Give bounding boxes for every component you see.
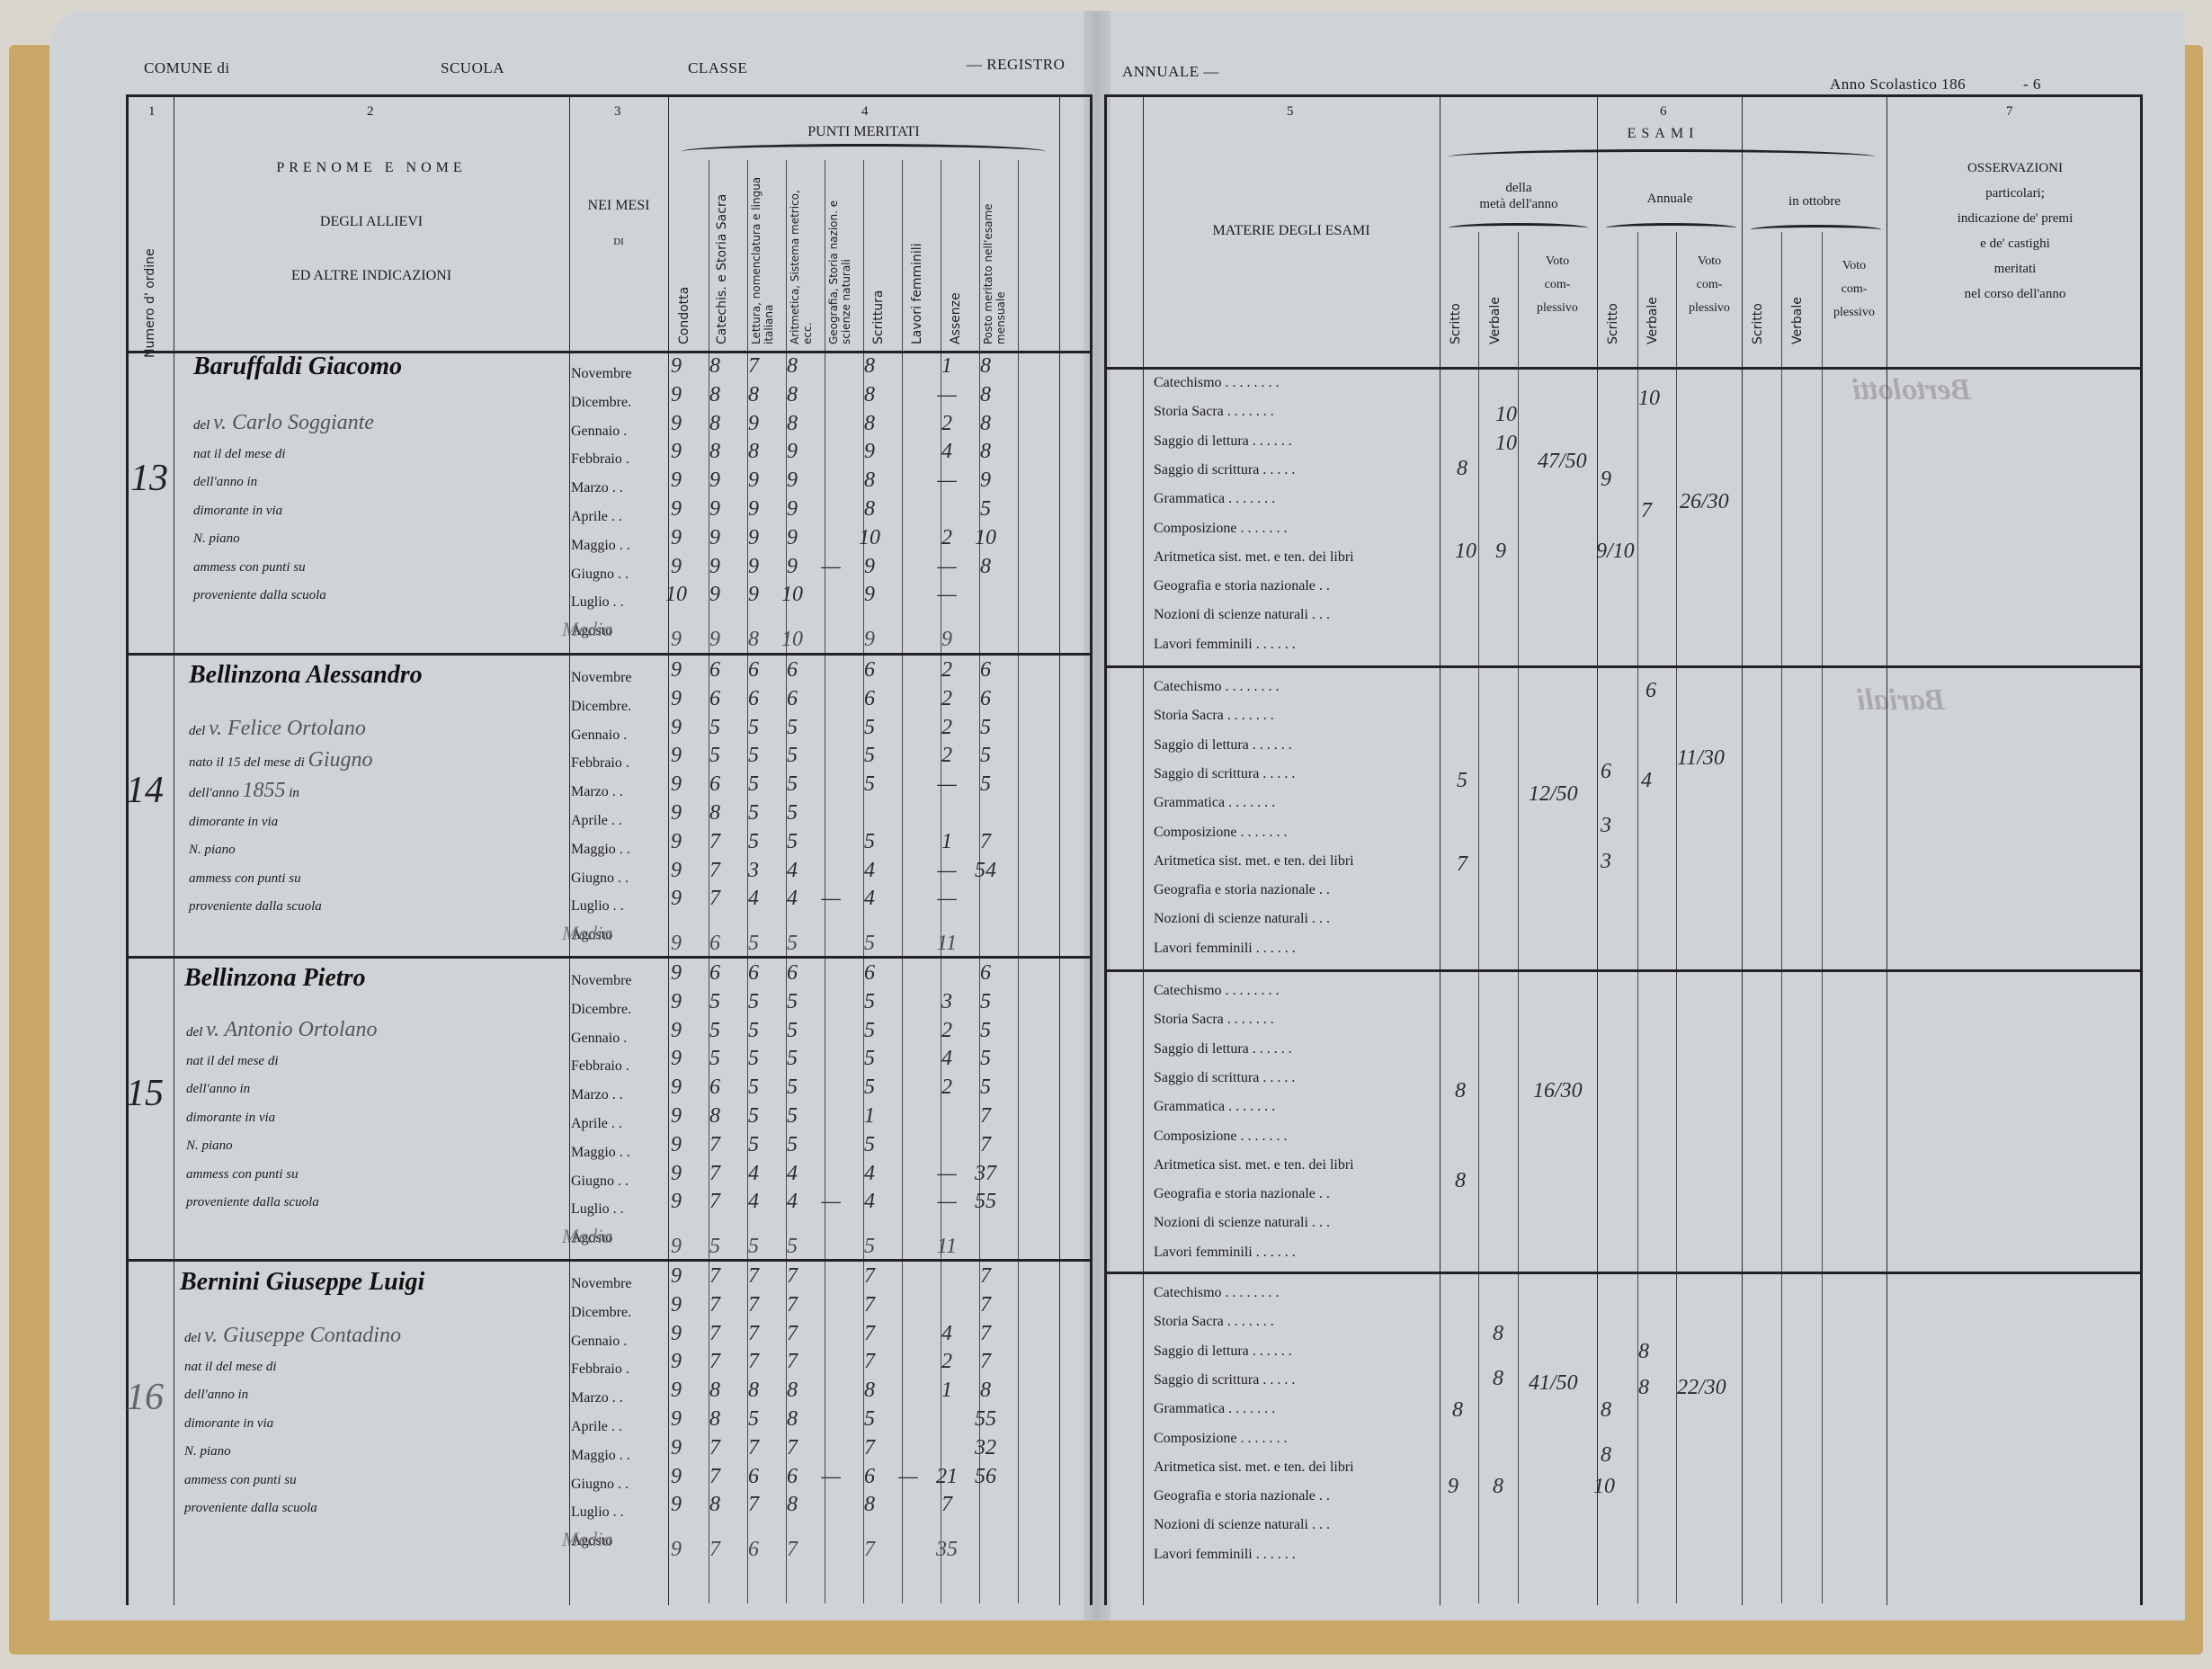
month-label: Giugno . . bbox=[571, 1470, 629, 1499]
media-cell: 8 bbox=[737, 628, 770, 652]
grade-cell: 6 bbox=[776, 658, 808, 683]
exam-subject: Aritmetica sist. met. e ten. dei libri bbox=[1154, 847, 1354, 876]
oss-l2: particolari; bbox=[1985, 186, 2045, 201]
exam-value: 7 bbox=[1457, 852, 1467, 877]
grade-cell: 7 bbox=[737, 354, 770, 379]
grade-cell: 7 bbox=[699, 1190, 731, 1214]
anno-scolastico-label: Anno Scolastico 186 bbox=[1830, 76, 1966, 94]
student-number: 16 bbox=[126, 1376, 164, 1419]
grade-cell: 7 bbox=[931, 1493, 963, 1517]
grade-cell: — bbox=[815, 555, 847, 579]
exam-subject: Catechismo . . . . . . . . bbox=[1154, 369, 1280, 397]
exam-subject: Lavori femminili . . . . . . bbox=[1154, 630, 1296, 659]
grade-cell: 4 bbox=[931, 1047, 963, 1071]
grade-cell: 9 bbox=[737, 526, 770, 550]
osservazioni-header: OSSERVAZIONI particolari; indicazione de… bbox=[1889, 156, 2141, 307]
grade-cell: 7 bbox=[737, 1322, 770, 1346]
exam-value: 8 bbox=[1493, 1367, 1503, 1391]
meta-anno-label1: della bbox=[1505, 181, 1531, 195]
grade-cell: 54 bbox=[969, 859, 1002, 883]
voto-l3: plessivo bbox=[1537, 301, 1578, 315]
exam-value: 8 bbox=[1455, 1169, 1466, 1193]
father-name: v. Carlo Soggiante bbox=[213, 411, 374, 434]
grade-cell: 4 bbox=[776, 859, 808, 883]
bleed-through-mark: Bertolotti bbox=[1852, 373, 1971, 407]
exam-value: 8 bbox=[1452, 1398, 1463, 1423]
grade-cell: 55 bbox=[969, 1190, 1002, 1214]
grade-cell: 9 bbox=[660, 1264, 692, 1289]
exam-subject: Composizione . . . . . . . bbox=[1154, 514, 1287, 543]
ottobre-brace bbox=[1751, 225, 1881, 235]
media-cell: 5 bbox=[699, 1235, 731, 1259]
grade-cell: 9 bbox=[853, 583, 886, 607]
annuale-verbale-header: Verbale bbox=[1646, 277, 1660, 344]
origin-school-label: proveniente dalla scuola bbox=[184, 1495, 544, 1523]
grade-cell: 9 bbox=[660, 1379, 692, 1403]
exam-subject: Lavori femminili . . . . . . bbox=[1154, 934, 1296, 963]
meta-verbale-header: Verbale bbox=[1488, 277, 1503, 344]
grade-cell: 4 bbox=[737, 887, 770, 911]
month-label: Gennaio . bbox=[571, 721, 627, 750]
birth-label: nat il del mese di bbox=[193, 441, 553, 469]
exam-value: 7 bbox=[1641, 499, 1652, 523]
grade-cell: 6 bbox=[699, 687, 731, 711]
media-cell: 5 bbox=[853, 932, 886, 956]
grade-cell: 9 bbox=[660, 658, 692, 683]
student-number: 13 bbox=[130, 457, 168, 500]
exam-voto: 11/30 bbox=[1677, 746, 1725, 771]
exam-value: 8 bbox=[1638, 1376, 1649, 1400]
grade-cell: 2 bbox=[931, 716, 963, 740]
grade-cell: 8 bbox=[969, 555, 1002, 579]
grade-cell: 8 bbox=[699, 801, 731, 826]
month-label: Febbraio . bbox=[571, 1052, 629, 1081]
grade-cell: 7 bbox=[969, 1293, 1002, 1317]
grade-cell: — bbox=[931, 1190, 963, 1214]
grade-cell: 5 bbox=[969, 772, 1002, 797]
address-label: dimorante in via bbox=[189, 808, 549, 837]
media-cell: 5 bbox=[776, 1235, 808, 1259]
grade-cell: 1 bbox=[931, 830, 963, 854]
exam-subject: Saggio di lettura . . . . . . bbox=[1154, 427, 1292, 456]
exam-subject: Geografia e storia nazionale . . bbox=[1154, 572, 1330, 601]
exam-subject: Grammatica . . . . . . . bbox=[1154, 1395, 1275, 1424]
month-label: Dicembre. bbox=[571, 1299, 631, 1327]
grade-cell: 5 bbox=[776, 1047, 808, 1071]
grade-cell: 9 bbox=[660, 440, 692, 464]
grade-cell: 7 bbox=[699, 859, 731, 883]
grade-cell: 9 bbox=[853, 440, 886, 464]
grade-cell: 5 bbox=[969, 716, 1002, 740]
grade-cell: 9 bbox=[699, 497, 731, 522]
di-header: DI bbox=[574, 237, 664, 247]
exam-value: 8 bbox=[1601, 1443, 1611, 1468]
month-label: Marzo . . bbox=[571, 474, 623, 503]
media-label: Media bbox=[562, 1222, 612, 1251]
grade-cell: 7 bbox=[969, 1264, 1002, 1289]
classe-label: CLASSE bbox=[688, 59, 747, 77]
grade-cell: 6 bbox=[776, 687, 808, 711]
grade-cell: 5 bbox=[776, 772, 808, 797]
grade-cell: 7 bbox=[969, 1133, 1002, 1157]
year-label: dell'anno in bbox=[184, 1381, 544, 1410]
grade-cell: 9 bbox=[660, 1104, 692, 1129]
grade-cell: 8 bbox=[699, 1493, 731, 1517]
prenome-header: PRENOME E NOME bbox=[183, 160, 560, 176]
media-cell: 9 bbox=[853, 628, 886, 652]
grade-cell: 6 bbox=[969, 687, 1002, 711]
month-label: Febbraio . bbox=[571, 749, 629, 778]
origin-school-label: proveniente dalla scuola bbox=[193, 582, 553, 611]
grade-cell: 9 bbox=[776, 440, 808, 464]
col-num-4: 4 bbox=[861, 104, 869, 120]
grade-cell: 9 bbox=[699, 469, 731, 493]
grade-cell: 3 bbox=[737, 859, 770, 883]
ottobre-verbale-header: Verbale bbox=[1790, 277, 1805, 344]
del-label: del bbox=[186, 1025, 202, 1040]
col-num-6: 6 bbox=[1660, 104, 1667, 120]
grade-cell: 9 bbox=[660, 1465, 692, 1489]
exam-subject: Geografia e storia nazionale . . bbox=[1154, 876, 1330, 905]
student-info: del v. Giuseppe Contadino nat il del mes… bbox=[184, 1322, 544, 1523]
month-label: Novembre bbox=[571, 1270, 632, 1299]
grade-cell: 8 bbox=[853, 469, 886, 493]
registro-label: — REGISTRO bbox=[967, 56, 1065, 74]
grade-cell: 4 bbox=[853, 887, 886, 911]
admitted-label: ammess con punti su bbox=[184, 1467, 544, 1495]
exam-subject: Saggio di scrittura . . . . . bbox=[1154, 456, 1295, 485]
birth-month: Giugno bbox=[308, 748, 373, 772]
origin-school-label: proveniente dalla scuola bbox=[186, 1189, 546, 1218]
grade-cell: 8 bbox=[853, 412, 886, 436]
exam-subject: Aritmetica sist. met. e ten. dei libri bbox=[1154, 1151, 1354, 1180]
number-floor-label: N. piano bbox=[184, 1438, 544, 1467]
month-label: Luglio . . bbox=[571, 1498, 624, 1527]
grade-cell: 1 bbox=[853, 1104, 886, 1129]
media-cell: 9 bbox=[699, 628, 731, 652]
grade-cell: 4 bbox=[931, 440, 963, 464]
grade-cell: — bbox=[815, 1190, 847, 1214]
numero-ordine-header: Numero d' ordine bbox=[143, 205, 157, 358]
grade-cell: 7 bbox=[737, 1264, 770, 1289]
month-label: Dicembre. bbox=[571, 692, 631, 721]
exam-subject: Composizione . . . . . . . bbox=[1154, 1424, 1287, 1453]
col-num-5: 5 bbox=[1287, 104, 1294, 120]
exam-voto: 12/50 bbox=[1529, 782, 1578, 807]
grade-cell: 7 bbox=[699, 1322, 731, 1346]
grade-cell: 9 bbox=[660, 469, 692, 493]
media-cell: 9 bbox=[660, 628, 692, 652]
comune-label: COMUNE di bbox=[144, 59, 230, 77]
catechismo-header: Catechis. e Storia Sacra bbox=[715, 169, 729, 344]
grade-cell: 8 bbox=[699, 1379, 731, 1403]
exam-subject: Lavori femminili . . . . . . bbox=[1154, 1238, 1296, 1267]
grade-cell: 7 bbox=[969, 1104, 1002, 1129]
grade-cell: — bbox=[815, 887, 847, 911]
exam-subject: Saggio di scrittura . . . . . bbox=[1154, 1366, 1295, 1395]
address-label: dimorante in via bbox=[186, 1104, 546, 1133]
grade-cell: 9 bbox=[660, 1436, 692, 1460]
grade-cell: 2 bbox=[931, 1019, 963, 1043]
grade-cell: 9 bbox=[660, 1075, 692, 1100]
month-label: Aprile . . bbox=[571, 807, 622, 835]
grade-cell: 7 bbox=[969, 1322, 1002, 1346]
aritmetica-header: Aritmetica, Sistema metrico, ecc. bbox=[789, 169, 820, 344]
exam-subject: Saggio di scrittura . . . . . bbox=[1154, 760, 1295, 789]
grade-cell: 8 bbox=[776, 412, 808, 436]
oss-l1: OSSERVAZIONI bbox=[1967, 161, 2063, 175]
grade-cell: 2 bbox=[931, 687, 963, 711]
grade-cell: 5 bbox=[699, 1047, 731, 1071]
grade-cell: 7 bbox=[737, 1293, 770, 1317]
media-label: Media bbox=[562, 919, 612, 948]
exam-voto: 16/30 bbox=[1533, 1079, 1583, 1103]
month-label: Marzo . . bbox=[571, 1081, 623, 1110]
exam-value: 3 bbox=[1601, 814, 1611, 838]
address-label: dimorante in via bbox=[184, 1410, 544, 1439]
grade-cell: 6 bbox=[853, 658, 886, 683]
grade-cell: 5 bbox=[853, 772, 886, 797]
media-cell: 9 bbox=[660, 1538, 692, 1562]
exam-subject: Nozioni di scienze naturali . . . bbox=[1154, 905, 1330, 933]
voto-l2: com- bbox=[1545, 278, 1571, 291]
grade-cell: 8 bbox=[969, 354, 1002, 379]
student-info: del v. Antonio Ortolano nat il del mese … bbox=[186, 1016, 546, 1218]
exam-value: 10 bbox=[1593, 1475, 1615, 1499]
posto-meritato-header: Posto meritato nell'esame mensuale bbox=[983, 169, 1015, 344]
grade-cell: 7 bbox=[969, 830, 1002, 854]
grade-cell: 4 bbox=[776, 887, 808, 911]
grade-cell: 9 bbox=[660, 526, 692, 550]
exam-voto: 41/50 bbox=[1529, 1371, 1578, 1396]
lettura-header: Lettura, nomenclatura e lingua italiana bbox=[751, 169, 781, 344]
exam-subject: Nozioni di scienze naturali . . . bbox=[1154, 1511, 1330, 1540]
media-cell: 9 bbox=[931, 628, 963, 652]
month-label: Luglio . . bbox=[571, 588, 624, 617]
annuale-label: ANNUALE — bbox=[1122, 63, 1219, 81]
month-label: Marzo . . bbox=[571, 778, 623, 807]
header-brace bbox=[682, 144, 1046, 159]
grade-cell: 7 bbox=[737, 1350, 770, 1374]
media-cell: 5 bbox=[737, 932, 770, 956]
media-cell: 6 bbox=[737, 1538, 770, 1562]
grade-cell: — bbox=[931, 1162, 963, 1186]
annuale-scritto-header: Scritto bbox=[1606, 281, 1620, 344]
col-num-3: 3 bbox=[614, 104, 621, 120]
exam-subject: Composizione . . . . . . . bbox=[1154, 1122, 1287, 1151]
grade-cell: 9 bbox=[660, 772, 692, 797]
grade-cell: 9 bbox=[660, 859, 692, 883]
month-label: Dicembre. bbox=[571, 995, 631, 1024]
voto-l1: Voto bbox=[1546, 254, 1569, 268]
grade-cell: 6 bbox=[737, 658, 770, 683]
month-label: Dicembre. bbox=[571, 388, 631, 417]
grade-cell: 7 bbox=[699, 1293, 731, 1317]
month-label: Aprile . . bbox=[571, 1413, 622, 1441]
grade-cell: 7 bbox=[699, 887, 731, 911]
media-cell: 7 bbox=[776, 1538, 808, 1562]
grade-cell: 9 bbox=[660, 744, 692, 768]
year-label: dell'anno in bbox=[186, 1075, 546, 1104]
grade-cell: 3 bbox=[931, 990, 963, 1014]
exam-subject: Geografia e storia nazionale . . bbox=[1154, 1482, 1330, 1511]
voto-l1: Voto bbox=[1842, 259, 1866, 272]
admitted-label: ammess con punti su bbox=[189, 865, 549, 894]
father-name: v. Giuseppe Contadino bbox=[204, 1324, 401, 1347]
ottobre-header: in ottobre bbox=[1744, 194, 1886, 210]
grade-cell: 8 bbox=[853, 497, 886, 522]
exam-value: 9 bbox=[1495, 540, 1506, 564]
grade-cell: 6 bbox=[699, 1075, 731, 1100]
grade-cell: 37 bbox=[969, 1162, 1002, 1186]
grade-cell: 8 bbox=[737, 440, 770, 464]
media-cell: 6 bbox=[699, 932, 731, 956]
grade-cell: 5 bbox=[853, 1133, 886, 1157]
month-label: Maggio . . bbox=[571, 835, 630, 864]
media-label: Media bbox=[562, 615, 612, 644]
month-label: Gennaio . bbox=[571, 1327, 627, 1356]
grade-cell: 9 bbox=[660, 1407, 692, 1432]
grade-cell: 9 bbox=[737, 497, 770, 522]
exam-value: 3 bbox=[1601, 850, 1611, 874]
grade-cell: 9 bbox=[660, 830, 692, 854]
grade-cell: 8 bbox=[776, 1407, 808, 1432]
grade-cell: — bbox=[931, 859, 963, 883]
birth-label: nat il del mese di bbox=[186, 1048, 546, 1076]
grade-cell: 9 bbox=[660, 1047, 692, 1071]
exam-value: 10 bbox=[1638, 387, 1660, 411]
exam-value: 6 bbox=[1601, 760, 1611, 784]
grade-cell: 9 bbox=[969, 469, 1002, 493]
grade-cell: 6 bbox=[853, 687, 886, 711]
grade-cell: 5 bbox=[776, 830, 808, 854]
scrittura-header: Scrittura bbox=[871, 232, 886, 344]
grade-cell: 7 bbox=[699, 1162, 731, 1186]
grade-cell: 9 bbox=[737, 469, 770, 493]
punti-meritati-header: PUNTI MERITATI bbox=[668, 124, 1059, 140]
grade-cell: 5 bbox=[853, 716, 886, 740]
grade-cell: 5 bbox=[737, 830, 770, 854]
student-name: Baruffaldi Giacomo bbox=[193, 353, 402, 381]
grade-cell: 9 bbox=[737, 583, 770, 607]
grade-cell: 9 bbox=[660, 1133, 692, 1157]
grade-cell: 8 bbox=[699, 440, 731, 464]
grade-cell: 4 bbox=[737, 1190, 770, 1214]
meta-anno-header: dellametà dell'anno bbox=[1441, 180, 1596, 212]
grade-cell: 5 bbox=[737, 1047, 770, 1071]
grade-cell: 5 bbox=[776, 1104, 808, 1129]
grade-cell: 8 bbox=[699, 354, 731, 379]
exam-subject: Composizione . . . . . . . bbox=[1154, 818, 1287, 847]
grade-cell: 5 bbox=[737, 1104, 770, 1129]
grade-cell: 8 bbox=[853, 1379, 886, 1403]
grade-cell: 1 bbox=[931, 354, 963, 379]
media-cell: 10 bbox=[776, 628, 808, 652]
grade-cell: 8 bbox=[699, 1104, 731, 1129]
grade-cell: 4 bbox=[737, 1162, 770, 1186]
grade-cell: 8 bbox=[699, 1407, 731, 1432]
grade-cell: 6 bbox=[853, 961, 886, 986]
grade-cell: 21 bbox=[931, 1465, 963, 1489]
grade-cell: 7 bbox=[737, 1493, 770, 1517]
exam-subject: Geografia e storia nazionale . . bbox=[1154, 1180, 1330, 1209]
annuale-voto-header: Votocom-plessivo bbox=[1677, 250, 1742, 320]
grade-cell: 5 bbox=[776, 1133, 808, 1157]
grade-cell: 8 bbox=[776, 354, 808, 379]
month-label: Giugno . . bbox=[571, 1167, 629, 1196]
exam-value: 9 bbox=[1601, 468, 1611, 492]
grade-cell: 5 bbox=[776, 1019, 808, 1043]
admitted-label: ammess con punti su bbox=[186, 1161, 546, 1190]
bleed-through-mark: Bariali bbox=[1857, 683, 1945, 718]
grade-cell: 5 bbox=[853, 990, 886, 1014]
month-label: Aprile . . bbox=[571, 503, 622, 531]
lavori-femminili-header: Lavori femminili bbox=[910, 205, 924, 344]
grade-cell: 9 bbox=[737, 412, 770, 436]
grade-cell: 5 bbox=[737, 1019, 770, 1043]
student-name: Bellinzona Alessandro bbox=[189, 661, 423, 690]
month-label: Aprile . . bbox=[571, 1110, 622, 1138]
grade-cell: 9 bbox=[660, 412, 692, 436]
month-label: Novembre bbox=[571, 664, 632, 692]
grade-cell: 9 bbox=[660, 1019, 692, 1043]
exam-voto: 26/30 bbox=[1680, 490, 1729, 514]
media-cell: 11 bbox=[931, 932, 963, 956]
del-label: del bbox=[184, 1331, 201, 1345]
month-label: Novembre bbox=[571, 967, 632, 995]
grade-cell: 7 bbox=[699, 1133, 731, 1157]
grade-cell: — bbox=[892, 1465, 924, 1489]
exam-subject: Saggio di scrittura . . . . . bbox=[1154, 1064, 1295, 1093]
grade-cell: 9 bbox=[660, 1162, 692, 1186]
grade-cell: 7 bbox=[776, 1264, 808, 1289]
exam-value: 8 bbox=[1457, 457, 1467, 481]
grade-cell: 8 bbox=[969, 383, 1002, 407]
grade-cell: 4 bbox=[853, 1190, 886, 1214]
grade-cell: 2 bbox=[931, 1075, 963, 1100]
grade-cell: 7 bbox=[853, 1264, 886, 1289]
exam-subject: Lavori femminili . . . . . . bbox=[1154, 1540, 1296, 1569]
month-label: Gennaio . bbox=[571, 417, 627, 446]
grade-cell: 5 bbox=[737, 744, 770, 768]
exam-voto: 22/30 bbox=[1677, 1376, 1726, 1400]
annuale-brace bbox=[1606, 223, 1736, 233]
media-cell: 5 bbox=[776, 932, 808, 956]
grade-cell: 5 bbox=[737, 801, 770, 826]
grade-cell: 5 bbox=[737, 772, 770, 797]
student-number: 14 bbox=[126, 769, 164, 812]
media-cell: 35 bbox=[931, 1538, 963, 1562]
meta-scritto-header: Scritto bbox=[1449, 281, 1463, 344]
grade-cell: — bbox=[931, 555, 963, 579]
exam-subject: Catechismo . . . . . . . . bbox=[1154, 977, 1280, 1005]
exam-subject: Aritmetica sist. met. e ten. dei libri bbox=[1154, 1453, 1354, 1482]
father-name: v. Felice Ortolano bbox=[209, 717, 366, 740]
col-num-7: 7 bbox=[2006, 104, 2013, 120]
media-cell: 7 bbox=[699, 1538, 731, 1562]
grade-cell: 5 bbox=[969, 744, 1002, 768]
exam-value: 9/10 bbox=[1596, 540, 1635, 564]
grade-cell: 5 bbox=[969, 1019, 1002, 1043]
assenze-header: Assenze bbox=[949, 250, 963, 344]
grade-cell: 6 bbox=[969, 961, 1002, 986]
grade-cell: 9 bbox=[660, 801, 692, 826]
month-label: Febbraio . bbox=[571, 445, 629, 474]
grade-cell: — bbox=[931, 583, 963, 607]
month-label: Febbraio . bbox=[571, 1355, 629, 1384]
oss-l6: nel corso dell'anno bbox=[1965, 287, 2066, 301]
grade-cell: 2 bbox=[931, 412, 963, 436]
